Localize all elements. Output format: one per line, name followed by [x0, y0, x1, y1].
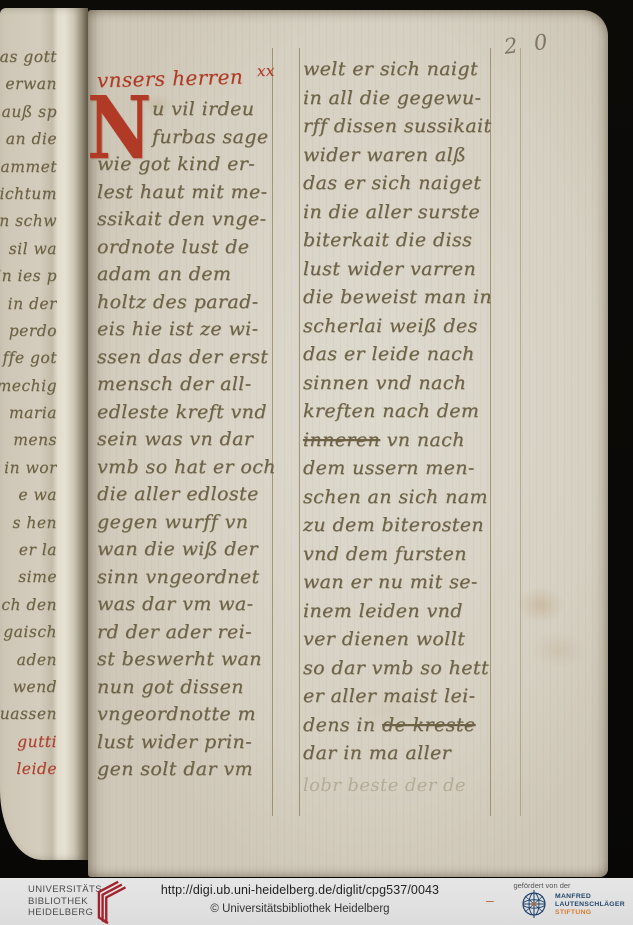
- text-line: welt er sich naigt: [303, 58, 509, 87]
- column-ruling-line: [520, 48, 521, 816]
- text-line: gen solt dar vm: [97, 758, 277, 786]
- text-line: sinnen vnd nach: [303, 372, 509, 401]
- foundation-name: MANFRED LAUTENSCHLÄGER STIFTUNG: [555, 893, 625, 918]
- text-line: dens in de kreste: [303, 714, 509, 743]
- page-number: 2 0: [503, 29, 554, 59]
- text-line: das gott: [0, 48, 57, 75]
- text-line: sil wa: [0, 240, 57, 267]
- copyright-notice: © Universitätsbibliothek Heidelberg: [130, 903, 470, 915]
- text-line: lest haut mit me-: [97, 181, 277, 209]
- text-line: uassen: [0, 705, 57, 732]
- text-line: gaisch: [0, 623, 57, 650]
- text-line: ie erwan: [0, 75, 57, 102]
- text-line: aden: [0, 651, 57, 678]
- text-line: eis hie ist ze wi-: [97, 318, 277, 346]
- foundation-subtitle: STIFTUNG: [555, 909, 625, 917]
- foundation-line: LAUTENSCHLÄGER: [555, 901, 625, 909]
- text-line: inem leiden vnd: [303, 600, 509, 629]
- text-line: mensch der all-: [97, 373, 277, 401]
- text-line: in ies p: [0, 267, 57, 294]
- text-line: edleste kreft vnd: [97, 401, 277, 429]
- text-line: vnd dem fursten: [303, 543, 509, 572]
- text-line: rff dissen sussikait: [303, 115, 509, 144]
- text-line: die beweist man in: [303, 286, 509, 315]
- text-line: e wa: [0, 486, 57, 513]
- manuscript-page: 2 0 vnsers herrenxx N u vil irdeufurbas …: [88, 10, 608, 877]
- text-line: leide: [0, 760, 57, 787]
- text-line: er la: [0, 541, 57, 568]
- text-line: sime: [0, 568, 57, 595]
- right-column-lines: welt er sich naigtin all die gegewu-rff …: [303, 58, 509, 771]
- digitization-credit: http://digi.ub.uni-heidelberg.de/diglit/…: [130, 883, 470, 915]
- library-logo-icon: [86, 880, 132, 924]
- text-line: ssen das der erst: [97, 346, 277, 374]
- text-line: kreften nach dem: [303, 400, 509, 429]
- globe-icon: [520, 889, 548, 919]
- text-line: was dar vm wa-: [97, 593, 277, 621]
- text-line: wan er nu mit se-: [303, 571, 509, 600]
- left-column-lines: u vil irdeufurbas sagewie got kind er-le…: [97, 98, 277, 786]
- foundation-line: MANFRED: [555, 893, 625, 901]
- text-line: scherlai weiß des: [303, 315, 509, 344]
- text-line: schen an sich nam: [303, 486, 509, 515]
- text-line: s hen: [0, 514, 57, 541]
- text-line: vmb so hat er och: [97, 456, 277, 484]
- text-line: mens: [0, 431, 57, 458]
- library-footer-bar: UNIVERSITÄTS- BIBLIOTHEK HEIDELBERG http…: [0, 878, 633, 925]
- text-line: das er sich naiget: [303, 172, 509, 201]
- text-line: biterkait die diss: [303, 229, 509, 258]
- text-line: das er leide nach: [303, 343, 509, 372]
- column-ruling-line: [299, 48, 300, 816]
- text-line: gutti: [0, 733, 57, 760]
- text-line: dar in ma aller: [303, 742, 509, 771]
- text-line: sinn vngeordnet: [97, 566, 277, 594]
- text-line: so dar vmb so hett: [303, 657, 509, 686]
- text-line: rd der ader rei-: [97, 621, 277, 649]
- right-text-column: welt er sich naigtin all die gegewu-rff …: [303, 58, 509, 796]
- text-line: auß sp: [0, 103, 57, 130]
- text-line: maria: [0, 404, 57, 431]
- text-line: ordnote lust de: [97, 236, 277, 264]
- text-line: lust wider varren: [303, 258, 509, 287]
- text-line: holtz des parad-: [97, 291, 277, 319]
- text-line: sammet: [0, 158, 57, 185]
- text-line: in der: [0, 295, 57, 322]
- text-line: wan die wiß der: [97, 538, 277, 566]
- document-url: http://digi.ub.uni-heidelberg.de/diglit/…: [130, 883, 470, 897]
- text-line: lichtum: [0, 185, 57, 212]
- text-line: er aller maist lei-: [303, 685, 509, 714]
- text-line: nun got dissen: [97, 676, 277, 704]
- text-line: in wor: [0, 459, 57, 486]
- erased-line: lobr beste der de: [303, 775, 509, 796]
- text-line: wider waren alß: [303, 144, 509, 173]
- text-line: perdo: [0, 322, 57, 349]
- text-line: ver dienen wollt: [303, 628, 509, 657]
- text-line: inneren vn nach: [303, 429, 509, 458]
- text-line: in all die gegewu-: [303, 87, 509, 116]
- text-line: st beswerht wan: [97, 648, 277, 676]
- text-line: ffe got: [0, 349, 57, 376]
- dash-mark: –: [486, 892, 494, 908]
- text-line: gegen wurff vn: [97, 511, 277, 539]
- text-line: sein was vn dar: [97, 428, 277, 456]
- text-line: in schw: [0, 212, 57, 239]
- text-line: an die: [0, 130, 57, 157]
- text-line: adam an dem: [97, 263, 277, 291]
- text-line: ssikait den vnge-: [97, 208, 277, 236]
- previous-page-edge: das gottie erwanauß span diesammetlichtu…: [0, 8, 88, 860]
- text-line: ch den: [0, 596, 57, 623]
- text-line: in die aller surste: [303, 201, 509, 230]
- left-text-column: vnsers herrenxx N u vil irdeufurbas sage…: [97, 66, 277, 786]
- text-line: wend: [0, 678, 57, 705]
- text-line: mechig: [0, 377, 57, 404]
- text-line: dem ussern men-: [303, 457, 509, 486]
- text-line: lust wider prin-: [97, 731, 277, 759]
- initial-letter: N: [87, 92, 135, 166]
- text-line: zu dem biterosten: [303, 514, 509, 543]
- prev-page-text: das gottie erwanauß span diesammetlichtu…: [0, 48, 57, 788]
- digitized-manuscript-scan: das gottie erwanauß span diesammetlichtu…: [0, 0, 633, 925]
- text-line: die aller edloste: [97, 483, 277, 511]
- text-line: vngeordnotte m: [97, 703, 277, 731]
- chapter-mark: xx: [257, 62, 275, 80]
